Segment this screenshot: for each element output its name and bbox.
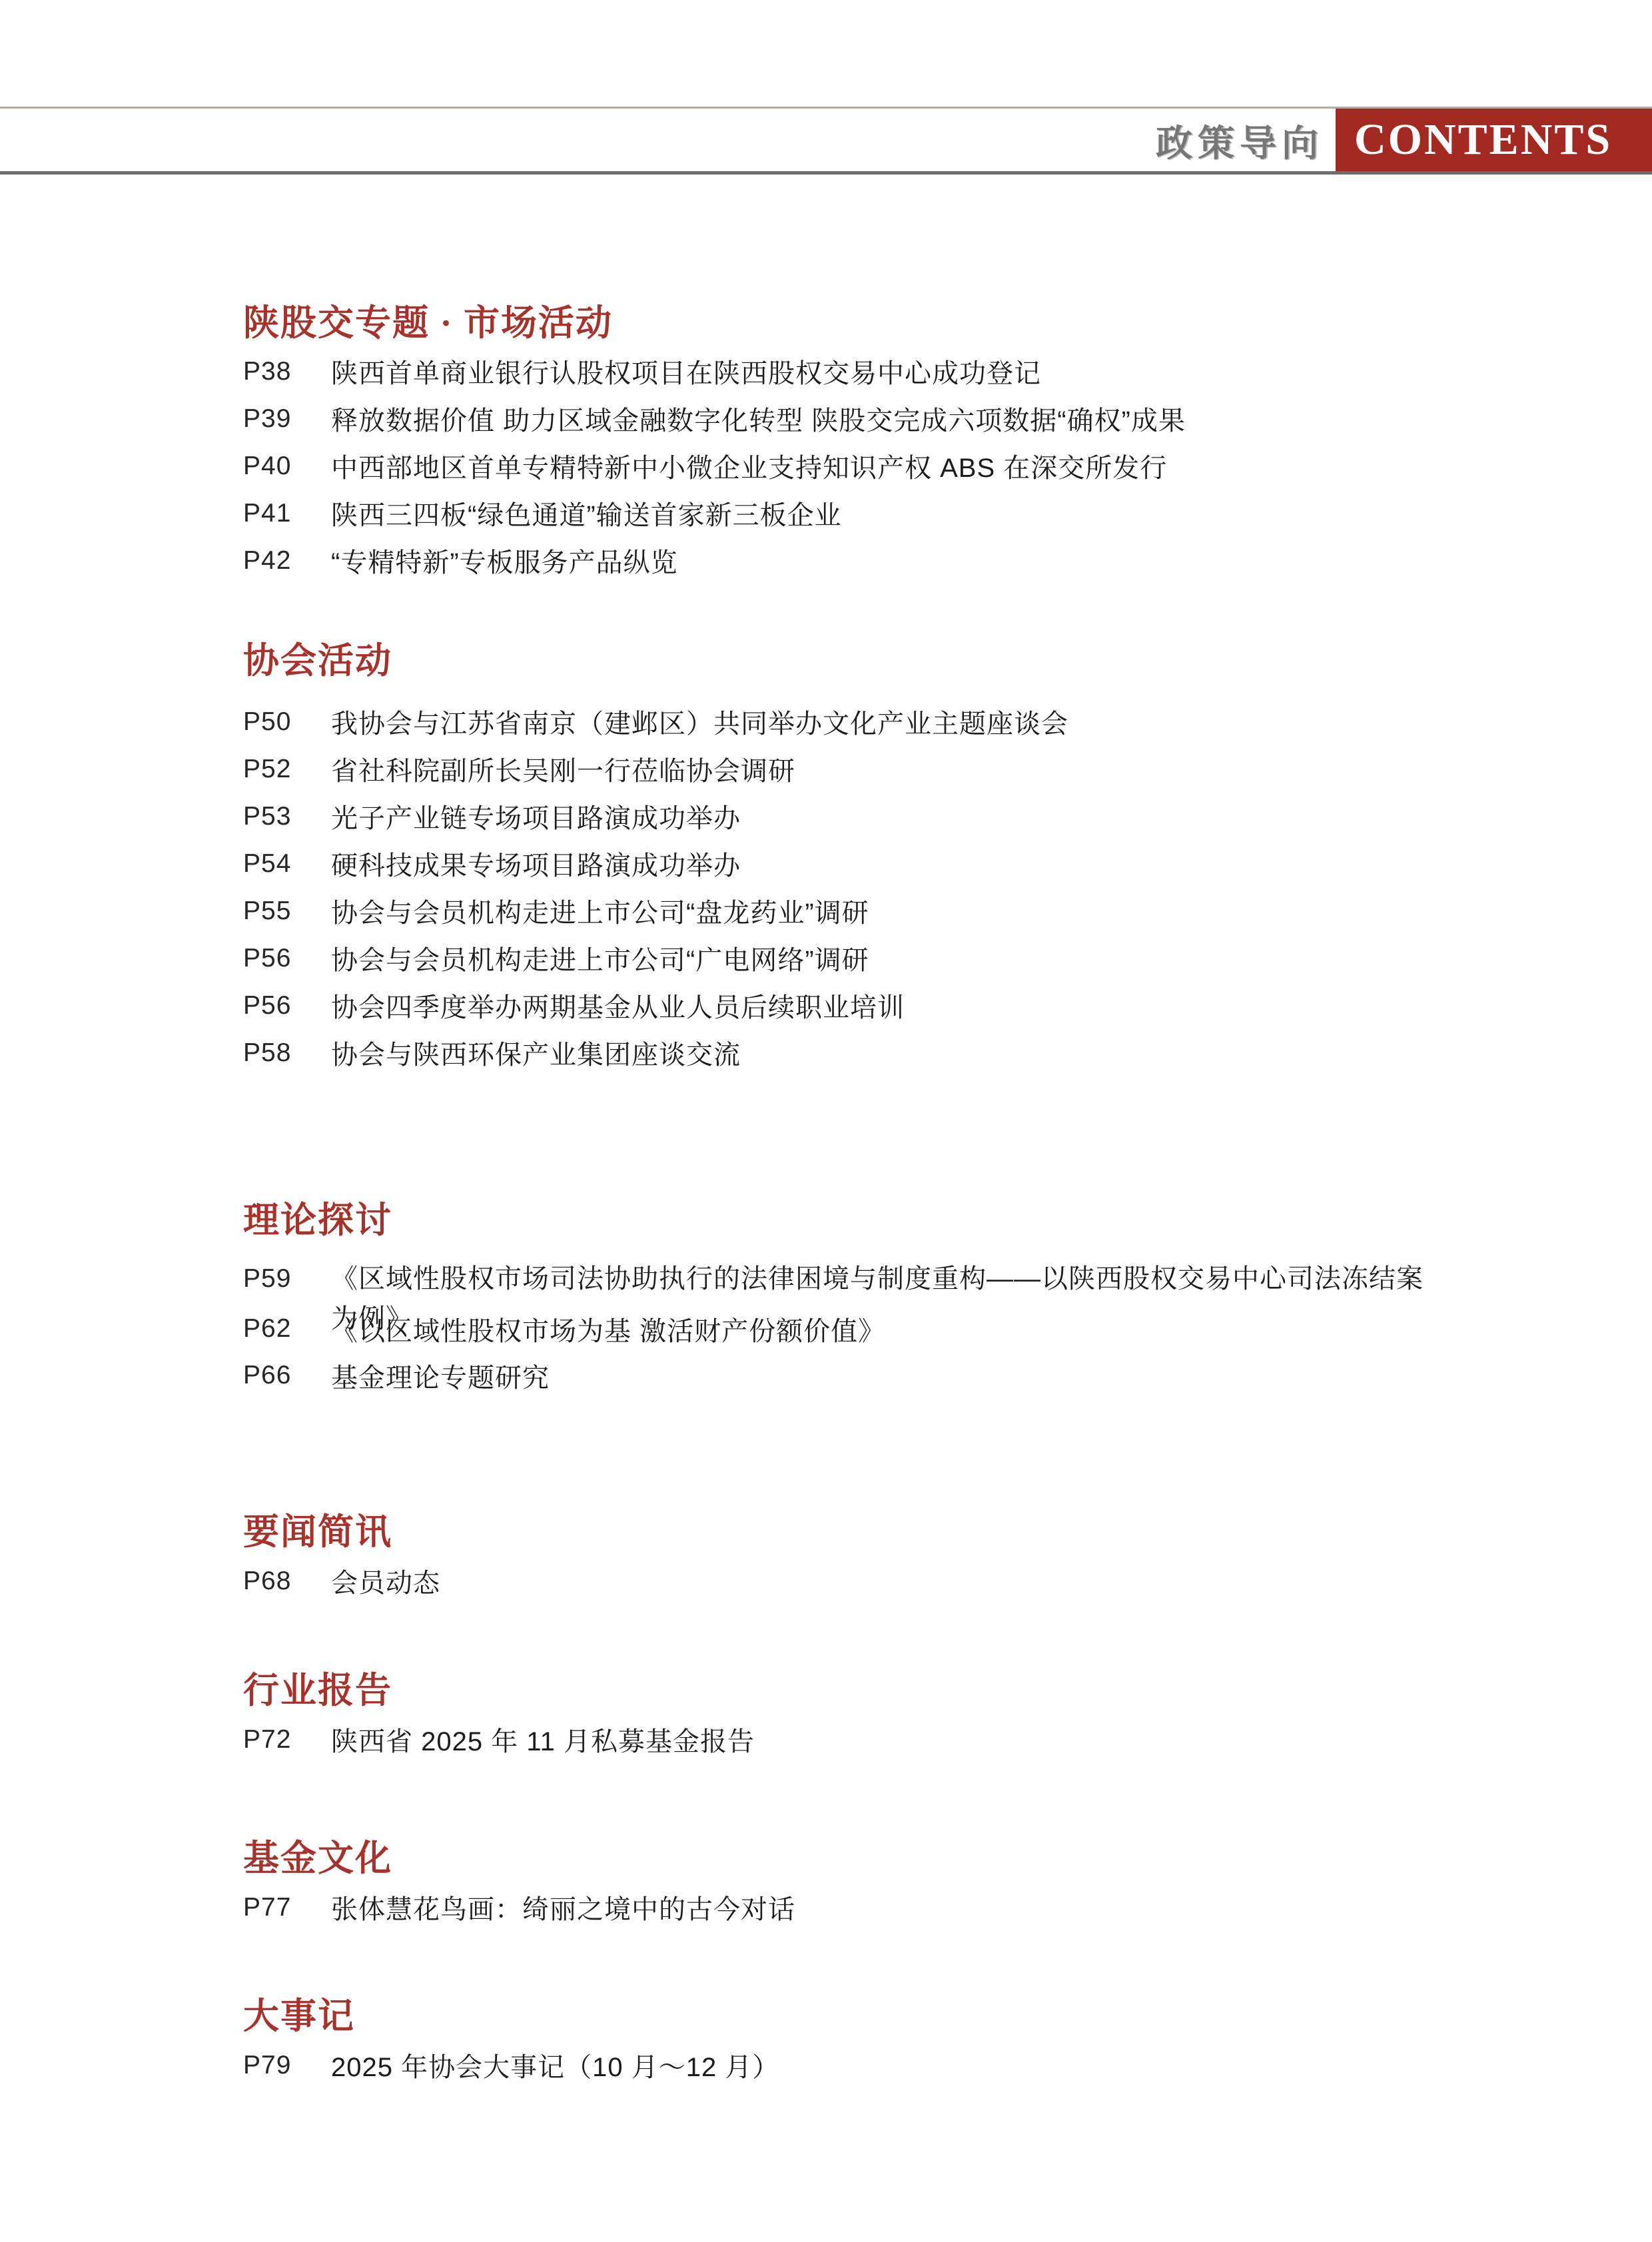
section-title: 陕股交专题 · 市场活动 (243, 303, 1579, 343)
toc-entry: P39 释放数据价值 助力区域金融数字化转型 陕股交完成六项数据“确权”成果 (243, 395, 1579, 442)
entry-page-number: P55 (243, 897, 331, 926)
entry-page-number: P58 (243, 1038, 331, 1068)
toc-entry: P72 陕西省 2025 年 11 月私募基金报告 (243, 1716, 1579, 1763)
toc-list: P79 2025 年协会大事记（10 月～12 月） (243, 2042, 1579, 2089)
section-theory-discussion: 理论探讨 P59 《区域性股权市场司法协助执行的法律困境与制度重构——以陕西股权… (243, 1200, 1579, 1399)
entry-title: 会员动态 (331, 1562, 440, 1600)
toc-entry: P52 省社科院副所长吴刚一行莅临协会调研 (243, 745, 1579, 793)
section-shaanxi-market: 陕股交专题 · 市场活动 P38 陕西首单商业银行认股权项目在陕西股权交易中心成… (243, 303, 1579, 584)
entry-page-number: P53 (243, 802, 331, 831)
toc-entry: P40 中西部地区首单专精特新中小微企业支持知识产权 ABS 在深交所发行 (243, 442, 1579, 490)
section-fund-culture: 基金文化 P77 张体慧花鸟画：绮丽之境中的古今对话 (243, 1838, 1579, 1931)
entry-title: 2025 年协会大事记（10 月～12 月） (331, 2046, 779, 2084)
section-industry-report: 行业报告 P72 陕西省 2025 年 11 月私募基金报告 (243, 1671, 1579, 1763)
section-title: 基金文化 (243, 1838, 1579, 1878)
entry-title: “专精特新”专板服务产品纵览 (331, 542, 678, 579)
toc-list: P50 我协会与江苏省南京（建邺区）共同举办文化产业主题座谈会 P52 省社科院… (243, 698, 1579, 1076)
entry-title: 释放数据价值 助力区域金融数字化转型 陕股交完成六项数据“确权”成果 (331, 400, 1186, 438)
entry-page-number: P52 (243, 755, 331, 784)
toc-entry: P38 陕西首单商业银行认股权项目在陕西股权交易中心成功登记 (243, 348, 1579, 395)
section-title: 协会活动 (243, 641, 1579, 681)
section-title: 理论探讨 (243, 1200, 1579, 1240)
entry-page-number: P40 (243, 452, 331, 481)
toc-entry: P66 基金理论专题研究 (243, 1352, 1579, 1399)
entry-title: 陕西省 2025 年 11 月私募基金报告 (331, 1720, 755, 1758)
entry-title: 陕西首单商业银行认股权项目在陕西股权交易中心成功登记 (331, 352, 1041, 390)
entry-title: 省社科院副所长吴刚一行莅临协会调研 (331, 750, 795, 788)
entry-title: 协会与会员机构走进上市公司“盘龙药业”调研 (331, 892, 869, 930)
toc-list: P68 会员动态 (243, 1557, 1579, 1605)
toc-entry: P54 硬科技成果专场项目路演成功举办 (243, 840, 1579, 887)
entry-title: 《以区域性股权市场为基 激活财产份额价值》 (331, 1310, 885, 1348)
entry-title: 陕西三四板“绿色通道”输送首家新三板企业 (331, 494, 842, 532)
entry-title: 基金理论专题研究 (331, 1357, 550, 1395)
entry-title: 协会四季度举办两期基金从业人员后续职业培训 (331, 986, 905, 1024)
entry-title: 中西部地区首单专精特新中小微企业支持知识产权 ABS 在深交所发行 (331, 447, 1167, 485)
entry-page-number: P41 (243, 499, 331, 528)
toc-entry: P41 陕西三四板“绿色通道”输送首家新三板企业 (243, 490, 1579, 537)
toc-entry: P79 2025 年协会大事记（10 月～12 月） (243, 2042, 1579, 2089)
toc-list: P72 陕西省 2025 年 11 月私募基金报告 (243, 1716, 1579, 1763)
entry-title: 光子产业链专场项目路演成功举办 (331, 797, 741, 835)
toc-entry: P58 协会与陕西环保产业集团座谈交流 (243, 1029, 1579, 1076)
entry-title: 硬科技成果专场项目路演成功举办 (331, 845, 741, 883)
toc-entry: P53 光子产业链专场项目路演成功举办 (243, 793, 1579, 840)
header-section-label: 政策导向 (1156, 114, 1324, 167)
entry-page-number: P79 (243, 2051, 331, 2080)
entry-page-number: P68 (243, 1567, 331, 1596)
toc-entry: P68 会员动态 (243, 1557, 1579, 1605)
toc-list: P77 张体慧花鸟画：绮丽之境中的古今对话 (243, 1884, 1579, 1931)
entry-page-number: P72 (243, 1725, 331, 1754)
contents-title: CONTENTS (1336, 115, 1612, 165)
header-band: 政策导向 CONTENTS (0, 107, 1652, 175)
section-news-briefs: 要闻简讯 P68 会员动态 (243, 1512, 1579, 1605)
entry-page-number: P42 (243, 546, 331, 575)
toc-entry: P59 《区域性股权市场司法协助执行的法律困境与制度重构——以陕西股权交易中心司… (243, 1259, 1579, 1306)
toc-page: 政策导向 CONTENTS 陕股交专题 · 市场活动 P38 陕西首单商业银行认… (0, 0, 1652, 2242)
entry-page-number: P56 (243, 991, 331, 1020)
section-title: 行业报告 (243, 1671, 1579, 1710)
entry-page-number: P38 (243, 357, 331, 386)
entry-page-number: P66 (243, 1361, 331, 1390)
entry-page-number: P59 (243, 1259, 331, 1299)
section-association-activities: 协会活动 P50 我协会与江苏省南京（建邺区）共同举办文化产业主题座谈会 P52… (243, 641, 1579, 1076)
toc-list: P59 《区域性股权市场司法协助执行的法律困境与制度重构——以陕西股权交易中心司… (243, 1259, 1579, 1399)
entry-page-number: P39 (243, 404, 331, 434)
entry-title: 我协会与江苏省南京（建邺区）共同举办文化产业主题座谈会 (331, 703, 1068, 741)
toc-entry: P56 协会与会员机构走进上市公司“广电网络”调研 (243, 934, 1579, 982)
entry-page-number: P50 (243, 707, 331, 737)
toc-entry: P55 协会与会员机构走进上市公司“盘龙药业”调研 (243, 887, 1579, 934)
section-title: 要闻简讯 (243, 1512, 1579, 1552)
entry-page-number: P62 (243, 1314, 331, 1343)
entry-page-number: P77 (243, 1893, 331, 1922)
toc-entry: P77 张体慧花鸟画：绮丽之境中的古今对话 (243, 1884, 1579, 1931)
section-major-events: 大事记 P79 2025 年协会大事记（10 月～12 月） (243, 1996, 1579, 2089)
toc-entry: P42 “专精特新”专板服务产品纵览 (243, 537, 1579, 584)
toc-list: P38 陕西首单商业银行认股权项目在陕西股权交易中心成功登记 P39 释放数据价… (243, 348, 1579, 584)
entry-page-number: P56 (243, 944, 331, 973)
entry-title: 协会与会员机构走进上市公司“广电网络”调研 (331, 939, 869, 977)
toc-entry: P56 协会四季度举办两期基金从业人员后续职业培训 (243, 982, 1579, 1029)
entry-title: 协会与陕西环保产业集团座谈交流 (331, 1034, 741, 1072)
toc-entry: P50 我协会与江苏省南京（建邺区）共同举办文化产业主题座谈会 (243, 698, 1579, 745)
contents-box: CONTENTS (1336, 109, 1652, 171)
section-title: 大事记 (243, 1996, 1579, 2036)
entry-page-number: P54 (243, 849, 331, 879)
entry-title: 张体慧花鸟画：绮丽之境中的古今对话 (331, 1888, 795, 1926)
